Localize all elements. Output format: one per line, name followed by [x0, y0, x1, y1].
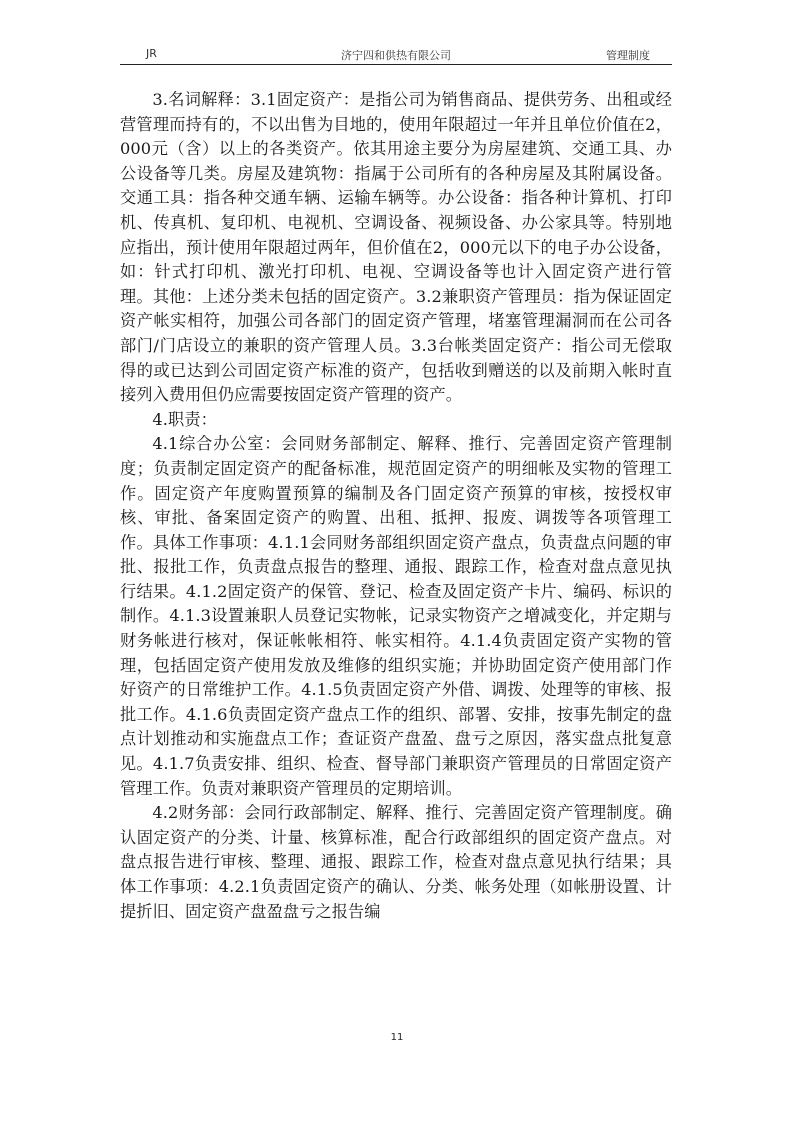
paragraph-definitions: 3.名词解释：3.1固定资产：是指公司为销售商品、提供劳务、出租或经营管理而持有…	[120, 88, 672, 408]
document-body: 3.名词解释：3.1固定资产：是指公司为销售商品、提供劳务、出租或经营管理而持有…	[120, 88, 672, 924]
header-doc-category: 管理制度	[606, 47, 650, 63]
page-header: JR 济宁四和供热有限公司 管理制度	[120, 44, 672, 65]
page-number: 11	[0, 1032, 794, 1043]
paragraph-general-office: 4.1综合办公室：会同财务部制定、解释、推行、完善固定资产管理制度；负责制定固定…	[120, 432, 672, 801]
paragraph-finance-department: 4.2财务部：会同行政部制定、解释、推行、完善固定资产管理制度。确认固定资产的分…	[120, 801, 672, 924]
header-company-name: 济宁四和供热有限公司	[120, 47, 672, 63]
paragraph-responsibilities-heading: 4.职责：	[120, 408, 672, 433]
